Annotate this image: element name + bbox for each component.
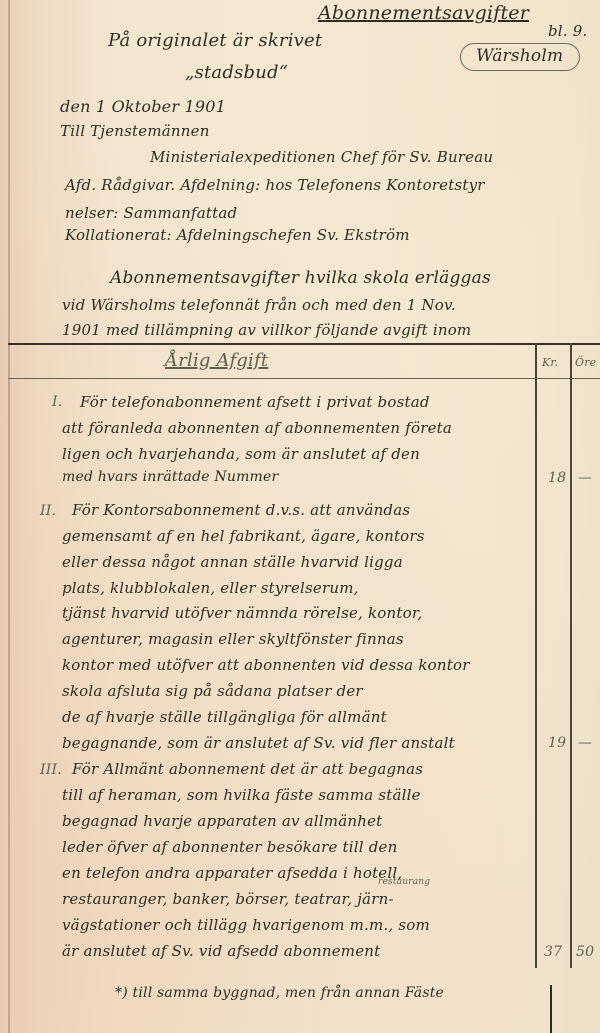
intro-line-2: Afd. Rådgivar. Afdelning: hos Telefonens… [65, 176, 485, 194]
kr-column-rule [535, 343, 537, 968]
item-line: begagnad hvarje apparaten av allmänhet [62, 812, 382, 830]
item-number: I. [52, 394, 62, 410]
body-intro-line-3: 1901 med tillämpning av villkor följande… [62, 321, 471, 339]
kr-column-header: Kr. [542, 356, 558, 369]
item-line: För Kontorsabonnement d.v.s. att använda… [72, 501, 410, 519]
item-number: III. [40, 762, 62, 778]
body-intro-line-2: vid Wärsholms telefonnät från och med de… [62, 296, 456, 314]
item-line: gemensamt af en hel fabrikant, ägare, ko… [62, 527, 425, 545]
title-line-1: På originalet är skrivet [108, 30, 322, 51]
item-amount-kr: 18 [548, 470, 566, 486]
item-number: II. [40, 503, 56, 519]
item-line: kontor med utöfver att abonnenten vid de… [62, 656, 470, 674]
item-line: ligen och hvarjehanda, som är anslutet a… [62, 445, 420, 463]
item-line: leder öfver af abonnenter besökare till … [62, 838, 398, 856]
sheet-reference: bl. 9. [548, 22, 587, 40]
item-line: att föranleda abonnenten af abonnementen… [62, 419, 452, 437]
item-line: vägstationer och tillägg hvarigenom m.m.… [62, 916, 430, 934]
footer-column-rule [550, 985, 552, 1033]
ore-column-rule [570, 343, 572, 968]
item-line: För Allmänt abonnement det är att begagn… [72, 760, 423, 778]
page-margin-rule [8, 0, 10, 1033]
item-line: plats, klubblokalen, eller styrelserum, [62, 579, 359, 597]
item-line: begagnande, som är anslutet af Sv. vid f… [62, 734, 455, 752]
date-line: den 1 Oktober 1901 [60, 97, 226, 116]
intro-line-3: nelser: Sammanfattad [65, 204, 237, 222]
item-line: För telefonabonnement afsett i privat bo… [80, 393, 430, 411]
body-intro-line-1: Abonnementsavgifter hvilka skola erlägga… [110, 268, 491, 288]
title-line-2: „stadsbud“ [185, 62, 288, 83]
item-amount-ore: — [578, 470, 592, 486]
table-top-rule [8, 343, 600, 345]
ore-column-header: Öre [575, 356, 596, 369]
superscript-note: restaurang [378, 877, 430, 887]
addressee-line: Till Tjenstemännen [60, 122, 210, 140]
place-label: Wärsholm [476, 46, 563, 66]
footnote: *) till samma byggnad, men från annan Fä… [115, 985, 444, 1001]
item-line: är anslutet af Sv. vid afsedd abonnement [62, 942, 380, 960]
item-line: de af hvarje ställe tillgängliga för all… [62, 708, 387, 726]
top-right-title: Abonnementsavgifter [318, 2, 529, 24]
document-page: Abonnementsavgifter bl. 9. Wärsholm På o… [0, 0, 600, 1033]
item-line: med hvars inrättade Nummer [62, 469, 278, 485]
item-amount-ore: 50 [576, 944, 594, 960]
item-amount-kr: 19 [548, 735, 566, 751]
item-line: agenturer, magasin eller skyltfönster fi… [62, 630, 404, 648]
table-header-rule [8, 378, 600, 379]
table-header-title: Årlig Afgift [165, 350, 268, 371]
item-line: en telefon andra apparater afsedda i hot… [62, 864, 402, 882]
intro-line-4: Kollationerat: Afdelningschefen Sv. Ekst… [65, 226, 410, 244]
item-line: tjänst hvarvid utöfver nämnda rörelse, k… [62, 604, 423, 622]
item-line: till af heraman, som hvilka fäste samma … [62, 786, 421, 804]
item-line: restauranger, banker, börser, teatrar, j… [62, 890, 394, 908]
item-amount-ore: — [578, 735, 592, 751]
intro-line-1: Ministerialexpeditionen Chef för Sv. Bur… [150, 148, 493, 166]
item-line: skola afsluta sig på sådana platser der [62, 682, 363, 700]
item-line: eller dessa något annan ställe hvarvid l… [62, 553, 403, 571]
item-amount-kr: 37 [544, 944, 562, 960]
